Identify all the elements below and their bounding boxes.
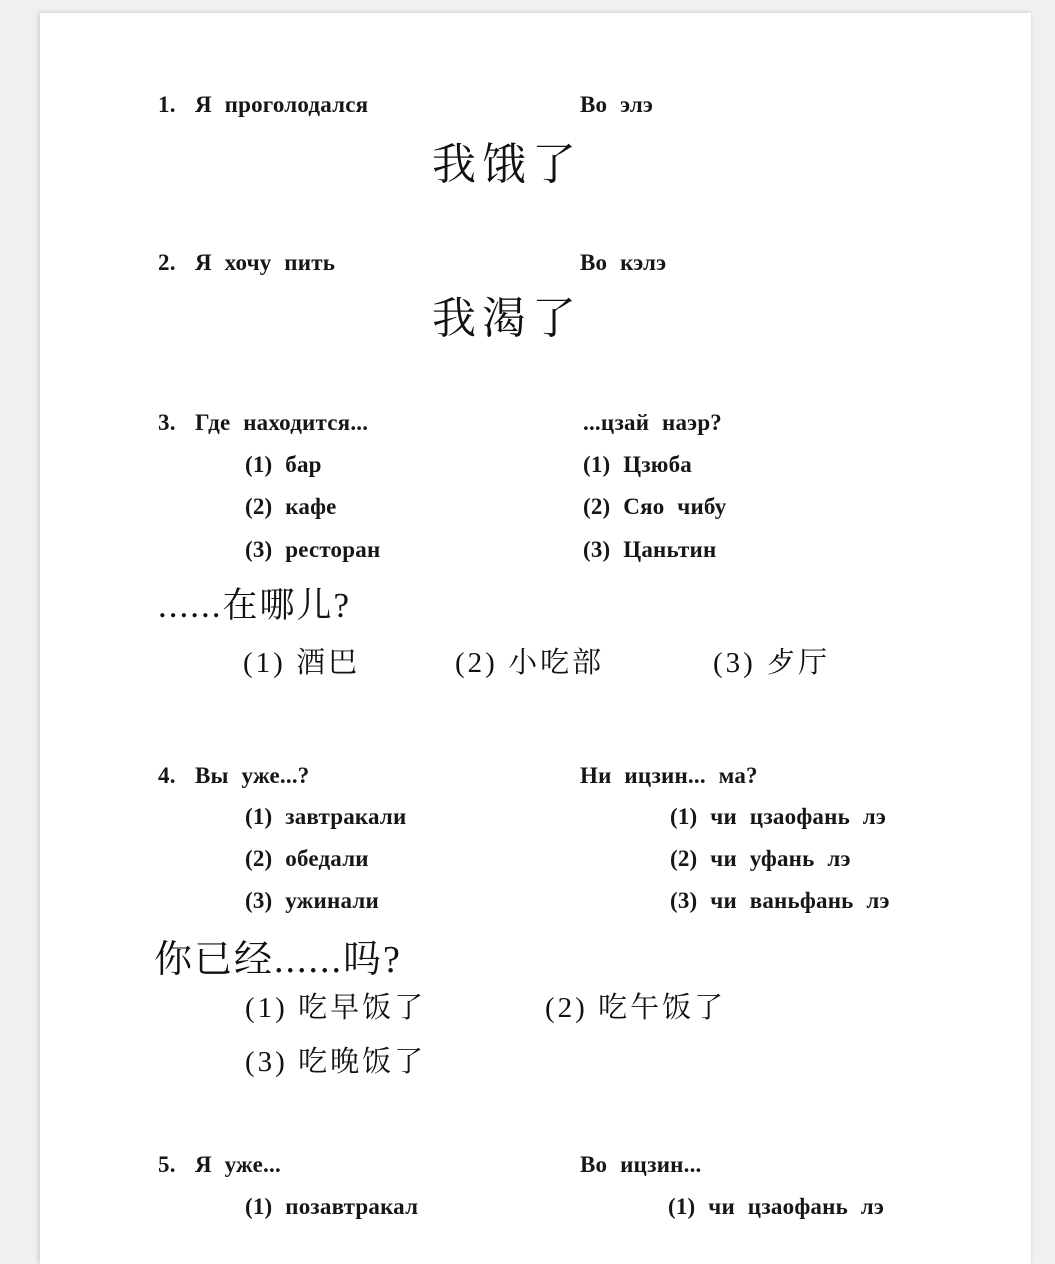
item-2-translit: Во кэлэ [580,250,666,276]
item-3-option-translit-3: (3) Цаньтин [583,537,716,563]
item-3-chinese-header: ......在哪儿? [158,578,351,628]
item-1-translit: Во элэ [580,92,653,118]
item-4-option-ru-1: (1) завтракали [245,804,407,830]
item-4-option-translit-1: (1) чи цзаофань лэ [670,804,886,830]
item-3-option-translit-1: (1) Цзюба [583,452,692,478]
item-5-number: 5. [158,1152,176,1178]
item-2-russian: Я хочу пить [195,250,335,276]
item-3-chinese-option-1: (1) 酒巴 [243,640,360,681]
item-4-chinese-option-3: (3) 吃晚饭了 [245,1039,426,1080]
item-3-chinese-option-2: (2) 小吃部 [455,640,604,681]
item-4-russian: Вы уже...? [195,763,309,789]
item-4-option-translit-2: (2) чи уфань лэ [670,846,851,872]
item-4-chinese-option-2: (2) 吃午饭了 [545,985,726,1026]
item-2-number: 2. [158,250,176,276]
item-4-translit: Ни ицзин... ма? [580,763,758,789]
item-3-option-ru-3: (3) ресторан [245,537,380,563]
item-3-option-ru-1: (1) бар [245,452,322,478]
item-4-chinese-header: 你已经......吗? [154,928,402,983]
item-4-option-ru-3: (3) ужинали [245,888,379,914]
item-1-number: 1. [158,92,176,118]
item-5-translit: Во ицзин... [580,1152,701,1178]
item-5-option-translit-1: (1) чи цзаофань лэ [668,1194,884,1220]
item-3-option-ru-2: (2) кафе [245,494,337,520]
item-3-translit: ...цзай наэр? [583,410,722,436]
item-2-chinese: 我渴了 [432,282,582,346]
item-1-russian: Я проголодался [195,92,368,118]
item-4-option-translit-3: (3) чи ваньфань лэ [670,888,890,914]
item-3-chinese-option-3: (3) 歺厅 [713,640,830,681]
item-3-russian: Где находится... [195,410,368,436]
item-4-option-ru-2: (2) обедали [245,846,369,872]
item-3-option-translit-2: (2) Сяо чибу [583,494,726,520]
item-4-number: 4. [158,763,176,789]
item-4-chinese-option-1: (1) 吃早饭了 [245,985,426,1026]
scanned-page: 1. Я проголодался Во элэ 我饿了 2. Я хочу п… [40,13,1031,1264]
item-5-russian: Я уже... [195,1152,281,1178]
item-5-option-ru-1: (1) позавтракал [245,1194,418,1220]
item-1-chinese: 我饿了 [432,128,582,192]
item-3-number: 3. [158,410,176,436]
